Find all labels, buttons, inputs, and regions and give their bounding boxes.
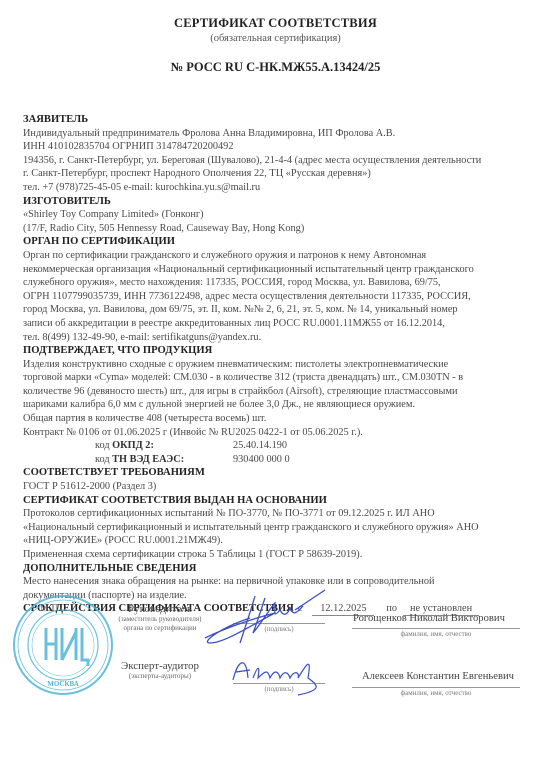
requirements-heading: СООТВЕТСТВУЕТ ТРЕБОВАНИЯМ	[23, 466, 538, 480]
product-line: Общая партия в количестве 408 (четыреста…	[23, 412, 538, 426]
additional-line: Место нанесения знака обращения на рынке…	[23, 575, 538, 589]
requirements-line: ГОСТ Р 51612-2000 (Раздел 3)	[23, 480, 538, 494]
tnved-code-value: 930400 000 0	[233, 453, 290, 467]
applicant-line: г. Санкт-Петербург, проспект Народного О…	[23, 167, 538, 181]
manufacturer-line: (17/F, Radio City, 505 Hennessy Road, Ca…	[23, 222, 538, 236]
certification-body-line: некоммерческая организация «Национальный…	[23, 263, 538, 277]
product-line: Изделия конструктивно сходные с оружием …	[23, 358, 538, 372]
svg-text:МОСКВА: МОСКВА	[47, 680, 79, 688]
certification-body-line: Орган по сертификации гражданского и слу…	[23, 249, 538, 263]
expert-signature-icon	[228, 650, 338, 700]
expert-role: Эксперт-аудитор (эксперты-аудиторы)	[110, 660, 210, 681]
certification-body-line: ОГРН 1107799035739, ИНН 7736122498, адре…	[23, 290, 538, 304]
manufacturer-section: «Shirley Toy Company Limited» (Гонконг) …	[23, 208, 538, 235]
certificate-title: СЕРТИФИКАТ СООТВЕТСТВИЯ	[0, 16, 551, 31]
basis-line: Примененная схема сертификации строка 5 …	[23, 548, 538, 562]
expert-role-note: (эксперты-аудиторы)	[110, 672, 210, 681]
applicant-line: 194356, г. Санкт-Петербург, ул. Берегова…	[23, 154, 538, 168]
manufacturer-line: «Shirley Toy Company Limited» (Гонконг)	[23, 208, 538, 222]
certification-body-line: город Москва, ул. Вавилова, дом 69/75, э…	[23, 303, 538, 317]
okpd-code-row: код ОКПД 2: 25.40.14.190	[23, 439, 538, 453]
stamp-label: М.П.	[40, 603, 61, 614]
head-name-caption: фамилия, имя, отчество	[352, 628, 520, 638]
product-line: торговой марки «Cyma» моделей: CM.030 - …	[23, 371, 538, 385]
product-section: Изделия конструктивно сходные с оружием …	[23, 358, 538, 467]
seal-stamp-icon: МОСКВА	[12, 594, 114, 696]
head-full-name: Рогощенков Николай Викторович	[353, 613, 505, 624]
basis-line: Протоколов сертификационных испытаний № …	[23, 507, 538, 521]
certificate-number: № РОСС RU С-НК.МЖ55.А.13424/25	[0, 60, 551, 75]
applicant-line: Индивидуальный предприниматель Фролова А…	[23, 127, 538, 141]
basis-line: «Национальный сертификационный и испытат…	[23, 521, 538, 535]
applicant-heading: ЗАЯВИТЕЛЬ	[23, 113, 538, 127]
certification-body-heading: ОРГАН ПО СЕРТИФИКАЦИИ	[23, 235, 538, 249]
basis-section: Протоколов сертификационных испытаний № …	[23, 507, 538, 561]
expert-role-title: Эксперт-аудитор	[110, 660, 210, 672]
certificate-subtitle: (обязательная сертификация)	[0, 33, 551, 44]
applicant-line: ИНН 410102835704 ОГРНИП 314784720200492	[23, 140, 538, 154]
product-line: шариками калибра 6,0 мм с дульной энерги…	[23, 398, 538, 412]
okpd-code-label: код ОКПД 2:	[95, 439, 233, 453]
tnved-code-row: код ТН ВЭД ЕАЭС: 930400 000 0	[23, 453, 538, 467]
additional-heading: ДОПОЛНИТЕЛЬНЫЕ СВЕДЕНИЯ	[23, 562, 538, 576]
basis-heading: СЕРТИФИКАТ СООТВЕТСТВИЯ ВЫДАН НА ОСНОВАН…	[23, 494, 538, 508]
expert-full-name: Алексеев Константин Евгеньевич	[362, 671, 514, 682]
basis-line: «НИЦ-ОРУЖИЕ» (РОСС RU.0001.21МЖ49).	[23, 534, 538, 548]
product-line: Контракт № 0106 от 01.06.2025 г (Инвойс …	[23, 426, 538, 440]
certificate-body: ЗАЯВИТЕЛЬ Индивидуальный предприниматель…	[23, 113, 538, 616]
certification-body-line: тел. 8(499) 132-49-90, e-mail: sertifika…	[23, 331, 538, 345]
product-heading: ПОДТВЕРЖДАЕТ, ЧТО ПРОДУКЦИЯ	[23, 344, 538, 358]
applicant-line: тел. +7 (978)725-45-05 e-mail: kurochkin…	[23, 181, 538, 195]
okpd-code-value: 25.40.14.190	[233, 439, 287, 453]
tnved-code-label: код ТН ВЭД ЕАЭС:	[95, 453, 233, 467]
manufacturer-heading: ИЗГОТОВИТЕЛЬ	[23, 195, 538, 209]
head-signature-icon	[195, 588, 335, 650]
applicant-section: Индивидуальный предприниматель Фролова А…	[23, 127, 538, 195]
expert-name-caption: фамилия, имя, отчество	[352, 687, 520, 697]
product-line: количестве 96 (девяносто шесть) шт., для…	[23, 385, 538, 399]
certification-body-line: служебного оружия», место нахождения: 11…	[23, 276, 538, 290]
certification-body-section: Орган по сертификации гражданского и слу…	[23, 249, 538, 344]
certification-body-line: записи об аккредитации в реестре аккреди…	[23, 317, 538, 331]
